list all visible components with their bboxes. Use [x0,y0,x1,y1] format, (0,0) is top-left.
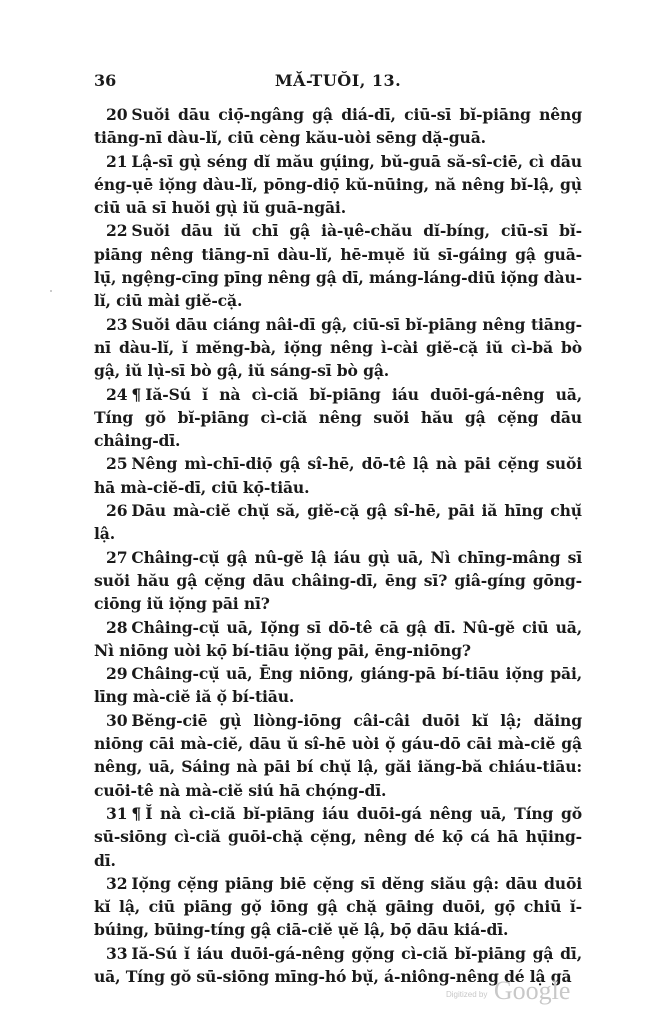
verse-28: 28Châing-cụ̆ uā, Iọ̆ng sī dō-tê cā gậ dī… [94,616,582,663]
verse-number: 30 [106,711,127,730]
digitized-watermark: Digitized by Google [446,976,570,1006]
verse-text: Bĕng-ciē gụ̀ liòng-iōng câi-câi duōi kĭ … [94,711,582,800]
verse-24: 24¶Iă-Sú ĭ nà cì-ciă bĭ-piāng iáu duōi-g… [94,383,582,453]
verse-text: Iọ̆ng cẹ̆ng piāng biē cẹ̆ng sī dĕng siău… [94,874,582,940]
verse-number: 27 [106,548,127,567]
verse-text: Châing-cụ̆ gậ nû-gĕ lậ iáu gụ̀ uā, Nì ch… [94,548,582,614]
verse-number: 23 [106,315,127,334]
verse-number: 29 [106,664,127,683]
verse-number: 22 [106,221,127,240]
verse-number: 33 [106,944,127,963]
pilcrow-icon: ¶ [131,804,141,823]
verse-26: 26Dāu mà-ciĕ chụ̆ să, giĕ-cặ gậ sî-hē, p… [94,499,582,546]
verse-number: 25 [106,454,127,473]
verse-31: 31¶Ĭ nà cì-ciă bĭ-piāng iáu duōi-gá nêng… [94,802,582,872]
pilcrow-icon: ¶ [131,385,141,404]
verse-30: 30Bĕng-ciē gụ̀ liòng-iōng câi-câi duōi k… [94,709,582,802]
verse-29: 29Châing-cụ̆ uā, Ēng niōng, giáng-pā bí-… [94,662,582,709]
running-head: 36 MĂ-TUŎI, 13. [94,68,582,94]
watermark-prefix: Digitized by [446,990,487,999]
verse-32: 32Iọ̆ng cẹ̆ng piāng biē cẹ̆ng sī dĕng si… [94,872,582,942]
verse-27: 27Châing-cụ̆ gậ nû-gĕ lậ iáu gụ̀ uā, Nì … [94,546,582,616]
verse-number: 20 [106,105,127,124]
verse-text: Nêng mì-chī-diọ̄ gậ sî-hē, dō-tê lậ nà p… [94,454,582,496]
verse-text: Dāu mà-ciĕ chụ̆ să, giĕ-cặ gậ sî-hē, pāi… [94,501,582,543]
verse-21: 21Lậ-sī gụ̀ séng dĭ mău gụ́ing, bŭ-guā s… [94,150,582,220]
verse-text: Suŏi dāu ciáng nâi-dī gậ, ciū-sī bĭ-piān… [94,315,582,381]
verse-number: 32 [106,874,127,893]
verse-20: 20Suŏi dāu ciọ̄-ngâng gậ diá-dī, ciū-sī … [94,103,582,150]
verse-25: 25Nêng mì-chī-diọ̄ gậ sî-hē, dō-tê lậ nà… [94,452,582,499]
verse-text: Suŏi dāu ciọ̄-ngâng gậ diá-dī, ciū-sī bĭ… [94,105,582,147]
verse-number: 24 [106,385,127,404]
verse-number: 26 [106,501,127,520]
verse-text: Suŏi dāu iŭ chī gậ ià-ụê-chău dĭ-bíng, c… [94,221,582,310]
body-text: 20Suŏi dāu ciọ̄-ngâng gậ diá-dī, ciū-sī … [94,103,582,988]
verse-number: 21 [106,152,127,171]
verse-text: Iă-Sú ĭ nà cì-ciă bĭ-piāng iáu duōi-gá-n… [94,385,582,451]
verse-23: 23Suŏi dāu ciáng nâi-dī gậ, ciū-sī bĭ-pi… [94,313,582,383]
verse-number: 31 [106,804,127,823]
chapter-title: MĂ-TUŎI, 13. [94,68,582,94]
verse-text: Ĭ nà cì-ciă bĭ-piāng iáu duōi-gá nêng uā… [94,804,582,870]
verse-number: 28 [106,618,127,637]
margin-speck [50,290,52,292]
verse-text: Lậ-sī gụ̀ séng dĭ mău gụ́ing, bŭ-guā să-… [94,152,582,218]
verse-22: 22Suŏi dāu iŭ chī gậ ià-ụê-chău dĭ-bíng,… [94,219,582,312]
verse-text: Châing-cụ̆ uā, Iọ̆ng sī dō-tê cā gậ dī. … [94,618,582,660]
watermark-brand: Google [494,976,571,1005]
verse-text: Châing-cụ̆ uā, Ēng niōng, giáng-pā bí-ti… [94,664,582,706]
book-page: 36 MĂ-TUŎI, 13. 20Suŏi dāu ciọ̄-ngâng gậ… [94,68,582,988]
